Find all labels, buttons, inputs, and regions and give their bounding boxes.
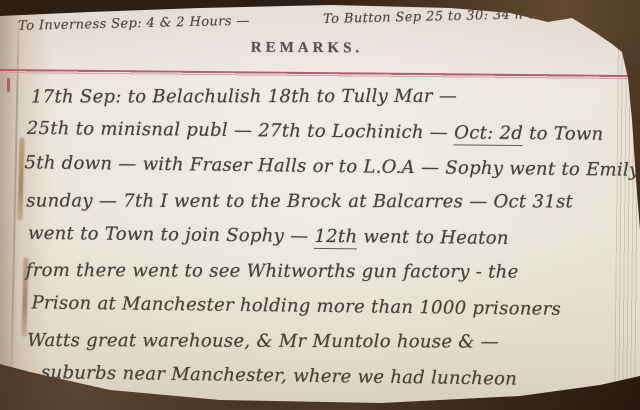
handwritten-line: 5th down — with Fraser Halls or to L.O.A… — [24, 148, 628, 190]
line-text: to Town — [523, 123, 604, 145]
line-text: from there went to see Whitworths gun fa… — [26, 260, 519, 283]
line-text: Prison at Manchester holding more than 1… — [31, 292, 561, 319]
line-text: 17th Sep: to Belachulish 18th to Tully M… — [31, 86, 457, 108]
line-text: 25th to minisnal publ — 27th to Lochinic… — [27, 118, 455, 143]
ledger-page: To Inverness Sep: 4 & 2 Hours — To Butto… — [0, 0, 640, 410]
handwritten-line: suburbs near Manchester, where we had lu… — [23, 358, 627, 401]
ledger-photo: To Inverness Sep: 4 & 2 Hours — To Butto… — [0, 0, 640, 410]
line-text: went to Heaton — [357, 226, 509, 249]
underlined-date: 12th — [314, 226, 357, 249]
line-text: suburbs near Manchester, where we had lu… — [41, 362, 517, 390]
top-annotation-right: To Button Sep 25 to 30: 34 h a 2/ at 0-1… — [323, 5, 626, 27]
underlined-date: Oct: 2d — [454, 122, 523, 146]
handwritten-line: from there went to see Whitworths gun fa… — [24, 256, 628, 293]
handwritten-line: went to Town to join Sophy — 12th went t… — [24, 219, 628, 260]
line-text: Watts great warehouse, & Mr Muntolo hous… — [27, 330, 499, 353]
handwritten-line: Watts great warehouse, & Mr Muntolo hous… — [23, 326, 627, 363]
top-margin-annotation: To Inverness Sep: 4 & 2 Hours — To Butto… — [18, 5, 626, 34]
handwritten-entries: 17th Sep: to Belachulish 18th to Tully M… — [23, 80, 629, 399]
handwritten-line: sunday — 7th I went to the Brock at Balc… — [24, 186, 628, 222]
handwritten-line: 17th Sep: to Belachulish 18th to Tully M… — [25, 81, 629, 117]
top-annotation-left: To Inverness Sep: 4 & 2 Hours — — [18, 14, 250, 34]
page-title: REMARKS. — [0, 38, 614, 58]
red-ruled-line — [0, 69, 632, 81]
line-text: went to Town to join Sophy — — [28, 223, 315, 247]
handwritten-line: Prison at Manchester holding more than 1… — [23, 288, 627, 330]
line-text: sunday — 7th I went to the Brock at Balc… — [26, 190, 573, 212]
red-edge-mark — [7, 78, 10, 92]
line-text: 5th down — with Fraser Halls or to L.O.A… — [24, 152, 640, 181]
